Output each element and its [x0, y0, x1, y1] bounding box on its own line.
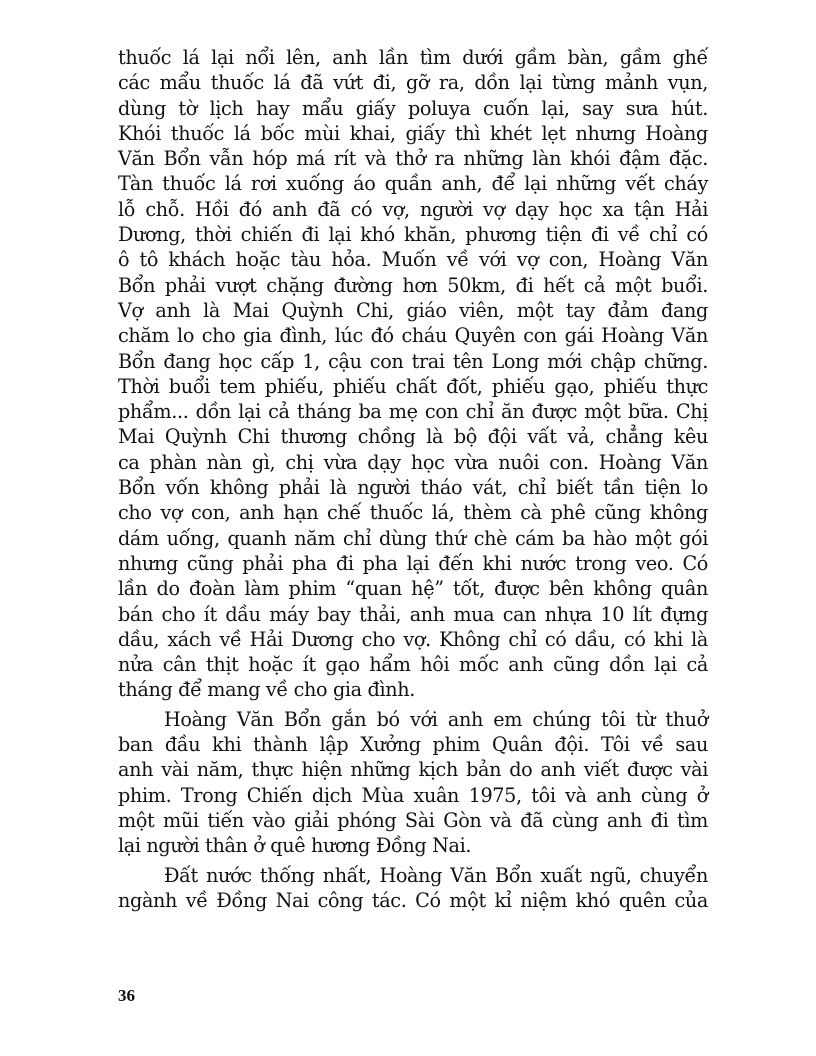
- body-text: thuốc lá lại nổi lên, anh lần tìm dưới g…: [118, 45, 708, 913]
- text-line: cho vợ con, anh hạn chế thuốc lá, thèm c…: [118, 500, 708, 525]
- text-line: phẩm... dồn lại cả tháng ba mẹ con chỉ ă…: [118, 399, 708, 424]
- text-line: Tàn thuốc lá rơi xuống áo quần anh, để l…: [118, 171, 708, 196]
- book-page: thuốc lá lại nổi lên, anh lần tìm dưới g…: [0, 0, 816, 1056]
- text-line: Thời buổi tem phiếu, phiếu chất đốt, phi…: [118, 374, 708, 399]
- text-line: Dương, thời chiến đi lại khó khăn, phươn…: [118, 222, 708, 247]
- text-line: ca phàn nàn gì, chị vừa dạy học vừa nuôi…: [118, 450, 708, 475]
- text-line: Văn Bổn vẫn hóp má rít và thở ra những l…: [118, 146, 708, 171]
- text-line: dùng tờ lịch hay mẩu giấy poluya cuốn lạ…: [118, 96, 708, 121]
- text-line: một mũi tiến vào giải phóng Sài Gòn và đ…: [118, 808, 708, 833]
- text-line: lại người thân ở quê hương Đồng Nai.: [118, 833, 708, 858]
- text-line: chăm lo cho gia đình, lúc đó cháu Quyên …: [118, 323, 708, 348]
- text-line: nhưng cũng phải pha đi pha lại đến khi n…: [118, 551, 708, 576]
- text-line: ô tô khách hoặc tàu hỏa. Muốn về với vợ …: [118, 247, 708, 272]
- text-line: các mẩu thuốc lá đã vứt đi, gỡ ra, dồn l…: [118, 70, 708, 95]
- paragraph-2: Hoàng Văn Bổn gắn bó với anh em chúng tô…: [118, 707, 708, 859]
- text-line: bán cho ít dầu máy bay thải, anh mua can…: [118, 602, 708, 627]
- paragraph-3: Đất nước thống nhất, Hoàng Văn Bổn xuất …: [118, 863, 708, 914]
- text-line: ngành về Đồng Nai công tác. Có một kỉ ni…: [118, 888, 708, 913]
- text-line: Bổn đang học cấp 1, cậu con trai tên Lon…: [118, 349, 708, 374]
- text-line: Hoàng Văn Bổn gắn bó với anh em chúng tô…: [118, 707, 708, 732]
- text-line: Bổn vốn không phải là người tháo vát, ch…: [118, 475, 708, 500]
- text-line: Khói thuốc lá bốc mùi khai, giấy thì khé…: [118, 121, 708, 146]
- text-line: thuốc lá lại nổi lên, anh lần tìm dưới g…: [118, 45, 708, 70]
- text-line: lỗ chỗ. Hồi đó anh đã có vợ, người vợ dạ…: [118, 197, 708, 222]
- text-line: Vợ anh là Mai Quỳnh Chi, giáo viên, một …: [118, 298, 708, 323]
- text-line: tháng để mang về cho gia đình.: [118, 677, 708, 702]
- text-line: phim. Trong Chiến dịch Mùa xuân 1975, tô…: [118, 783, 708, 808]
- paragraph-1: thuốc lá lại nổi lên, anh lần tìm dưới g…: [118, 45, 708, 703]
- text-line: dầu, xách về Hải Dương cho vợ. Không chỉ…: [118, 627, 708, 652]
- text-line: Đất nước thống nhất, Hoàng Văn Bổn xuất …: [118, 863, 708, 888]
- text-line: lần do đoàn làm phim “quan hệ” tốt, được…: [118, 576, 708, 601]
- text-line: Mai Quỳnh Chi thương chồng là bộ đội vất…: [118, 424, 708, 449]
- text-line: dám uống, quanh năm chỉ dùng thứ chè cám…: [118, 526, 708, 551]
- text-line: nửa cân thịt hoặc ít gạo hẩm hôi mốc anh…: [118, 652, 708, 677]
- text-line: Bổn phải vượt chặng đường hơn 50km, đi h…: [118, 273, 708, 298]
- page-number: 36: [118, 986, 135, 1006]
- text-line: anh vài năm, thực hiện những kịch bản do…: [118, 757, 708, 782]
- text-line: ban đầu khi thành lập Xưởng phim Quân độ…: [118, 732, 708, 757]
